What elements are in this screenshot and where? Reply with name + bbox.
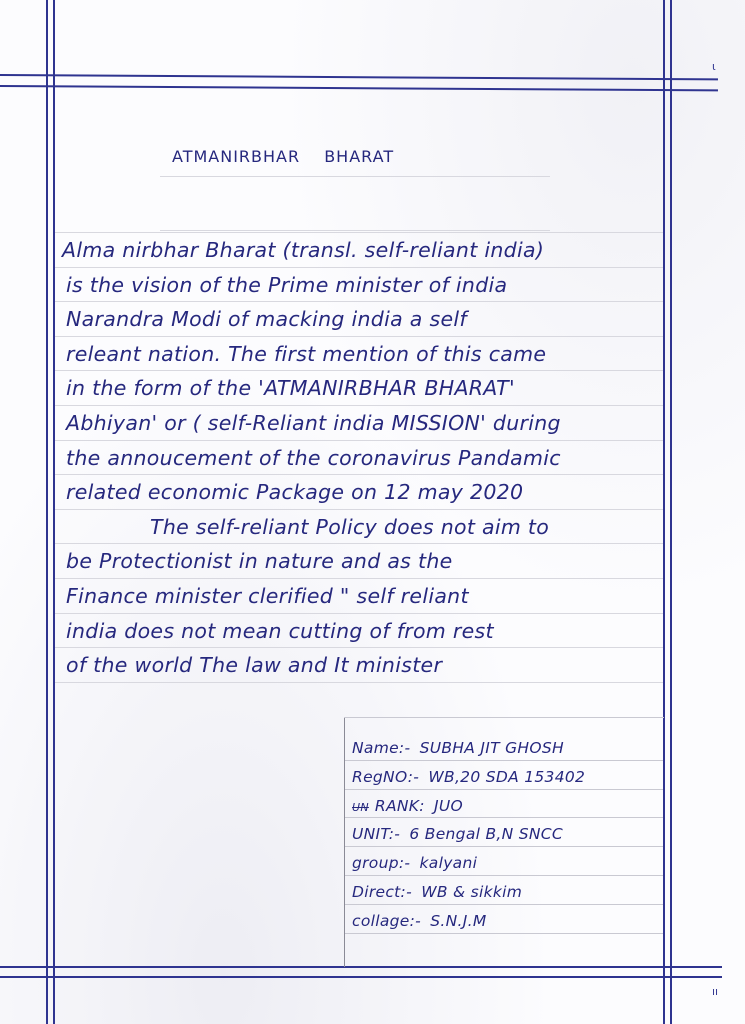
bottom-margin-line-1 bbox=[0, 966, 722, 968]
ruled-line bbox=[345, 904, 663, 905]
corner-scribble-mark: ɩ bbox=[712, 60, 716, 73]
essay-line: be Protectionist in nature and as the bbox=[66, 549, 453, 573]
ruled-line bbox=[160, 176, 550, 177]
essay-line: is the vision of the Prime minister of i… bbox=[66, 273, 507, 297]
essay-line: of the world The law and It minister bbox=[66, 653, 442, 677]
essay-line: related economic Package on 12 may 2020 bbox=[66, 480, 523, 504]
essay-line: The self-reliant Policy does not aim to bbox=[150, 515, 549, 539]
detail-value: WB & sikkim bbox=[416, 883, 522, 901]
detail-label: Direct:- bbox=[352, 883, 412, 901]
essay-line: the annoucement of the coronavirus Panda… bbox=[66, 446, 561, 470]
essay-line: india does not mean cutting of from rest bbox=[66, 619, 494, 643]
left-margin-line-outer bbox=[46, 0, 48, 1024]
page-title: ATMANIRBHAR BHARAT bbox=[172, 147, 394, 166]
detail-row: UNIT:- 6 Bengal B,N SNCC bbox=[352, 825, 563, 843]
ruled-line bbox=[345, 817, 663, 818]
detail-label: UNIT:- bbox=[352, 825, 400, 843]
details-box-left-border bbox=[344, 717, 345, 967]
ruled-line bbox=[55, 509, 663, 510]
ruled-line bbox=[55, 336, 663, 337]
detail-label: RANK: bbox=[375, 797, 425, 815]
essay-line: Abhiyan' or ( self-Reliant india MISSION… bbox=[66, 411, 561, 435]
detail-row: Direct:- WB & sikkim bbox=[352, 883, 522, 901]
detail-value: S.N.J.M bbox=[425, 912, 487, 930]
essay-line: Alma nirbhar Bharat (transl. self-relian… bbox=[62, 238, 544, 262]
detail-row: RegNO:- WB,20 SDA 153402 bbox=[352, 768, 585, 786]
ruled-line bbox=[55, 440, 663, 441]
essay-line: Narandra Modi of macking india a self bbox=[66, 307, 467, 331]
struck-out-text: UN bbox=[352, 801, 369, 814]
left-margin-line-inner bbox=[53, 0, 55, 1024]
detail-row: UNRANK: JUO bbox=[352, 797, 463, 815]
right-margin-line-outer bbox=[663, 0, 665, 1024]
ruled-line bbox=[55, 301, 663, 302]
detail-label: Name:- bbox=[352, 739, 410, 757]
detail-value: JUO bbox=[429, 797, 463, 815]
ruled-line bbox=[345, 875, 663, 876]
detail-value: SUBHA JIT GHOSH bbox=[414, 739, 564, 757]
detail-value: WB,20 SDA 153402 bbox=[423, 768, 585, 786]
essay-line: releant nation. The first mention of thi… bbox=[66, 342, 546, 366]
bottom-margin-line-2 bbox=[0, 976, 722, 978]
ruled-line bbox=[55, 232, 663, 233]
detail-label: group:- bbox=[352, 854, 410, 872]
ruled-line bbox=[345, 789, 663, 790]
detail-row: group:- kalyani bbox=[352, 854, 477, 872]
ruled-line bbox=[55, 370, 663, 371]
corner-scribble-mark: ıı bbox=[712, 985, 718, 998]
essay-line: Finance minister clerified " self relian… bbox=[66, 584, 469, 608]
ruled-line bbox=[345, 933, 663, 934]
detail-row: collage:- S.N.J.M bbox=[352, 912, 487, 930]
detail-value: kalyani bbox=[414, 854, 477, 872]
ruled-line bbox=[55, 578, 663, 579]
ruled-line bbox=[55, 613, 663, 614]
details-box-top-border bbox=[344, 717, 664, 718]
ruled-line bbox=[55, 543, 663, 544]
detail-label: RegNO:- bbox=[352, 768, 419, 786]
essay-line: in the form of the 'ATMANIRBHAR BHARAT' bbox=[66, 376, 515, 400]
ruled-line bbox=[55, 405, 663, 406]
detail-value: 6 Bengal B,N SNCC bbox=[404, 825, 563, 843]
ruled-line bbox=[160, 230, 550, 231]
ruled-line bbox=[55, 474, 663, 475]
ruled-line bbox=[345, 846, 663, 847]
ruled-line bbox=[55, 682, 663, 683]
ruled-line bbox=[55, 267, 663, 268]
detail-row: Name:- SUBHA JIT GHOSH bbox=[352, 739, 564, 757]
right-margin-line-inner bbox=[670, 0, 672, 1024]
ruled-line bbox=[55, 647, 663, 648]
detail-label: collage:- bbox=[352, 912, 421, 930]
ruled-line bbox=[345, 760, 663, 761]
